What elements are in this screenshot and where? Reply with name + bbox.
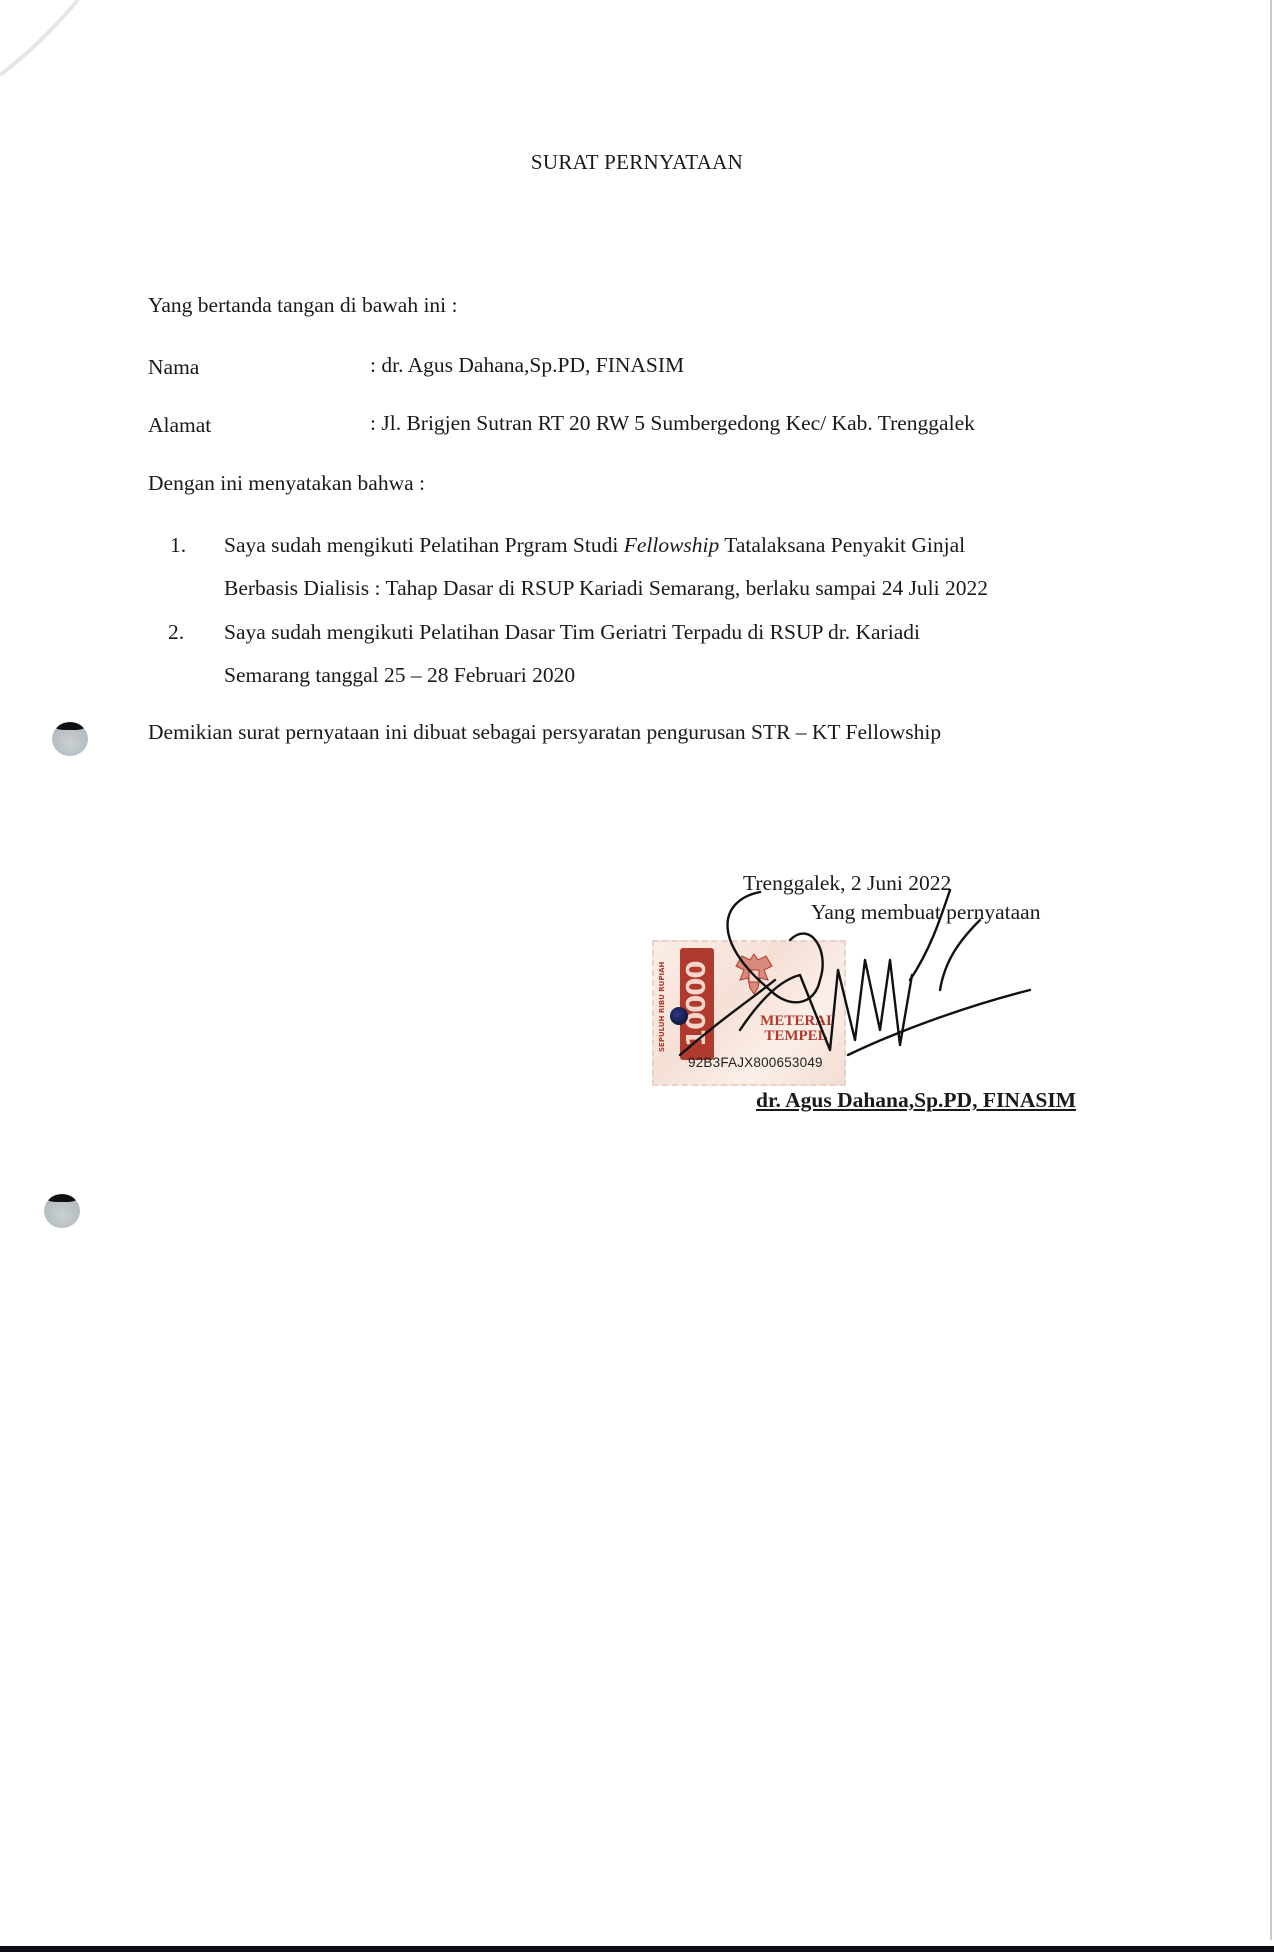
field-label-alamat: Alamat (148, 413, 211, 438)
item-1-line-1: Saya sudah mengikuti Pelatihan Prgram St… (224, 533, 965, 558)
item-1-line-2: Berbasis Dialisis : Tahap Dasar di RSUP … (224, 576, 988, 601)
intro-text: Yang bertanda tangan di bawah ini : (148, 293, 458, 318)
closing-statement: Demikian surat pernyataan ini dibuat seb… (148, 720, 941, 745)
field-value-nama: : dr. Agus Dahana,Sp.PD, FINASIM (370, 353, 684, 378)
item-2-line-1: Saya sudah mengikuti Pelatihan Dasar Tim… (224, 620, 920, 645)
page-bottom-edge (0, 1946, 1274, 1952)
item-number-1: 1. (170, 533, 186, 558)
punch-hole-top (52, 722, 88, 756)
document-title: SURAT PERNYATAAN (0, 150, 1274, 175)
field-label-nama: Nama (148, 355, 199, 380)
item-number-2: 2. (168, 620, 184, 645)
item-2-line-2: Semarang tanggal 25 – 28 Februari 2020 (224, 663, 575, 688)
punch-hole-bottom (44, 1194, 80, 1228)
page-right-edge (1270, 0, 1272, 1940)
item-1-text-after: Tatalaksana Penyakit Ginjal (719, 533, 965, 557)
statement-intro: Dengan ini menyatakan bahwa : (148, 471, 425, 496)
item-1-text-before: Saya sudah mengikuti Pelatihan Prgram St… (224, 533, 624, 557)
document-page: SURAT PERNYATAAN Yang bertanda tangan di… (0, 0, 1274, 1952)
signer-name: dr. Agus Dahana,Sp.PD, FINASIM (756, 1088, 1076, 1113)
page-corner-fold (0, 0, 90, 80)
field-value-alamat: : Jl. Brigjen Sutran RT 20 RW 5 Sumberge… (370, 411, 975, 436)
handwritten-signature (640, 880, 1040, 1080)
item-1-italic-term: Fellowship (624, 533, 720, 557)
